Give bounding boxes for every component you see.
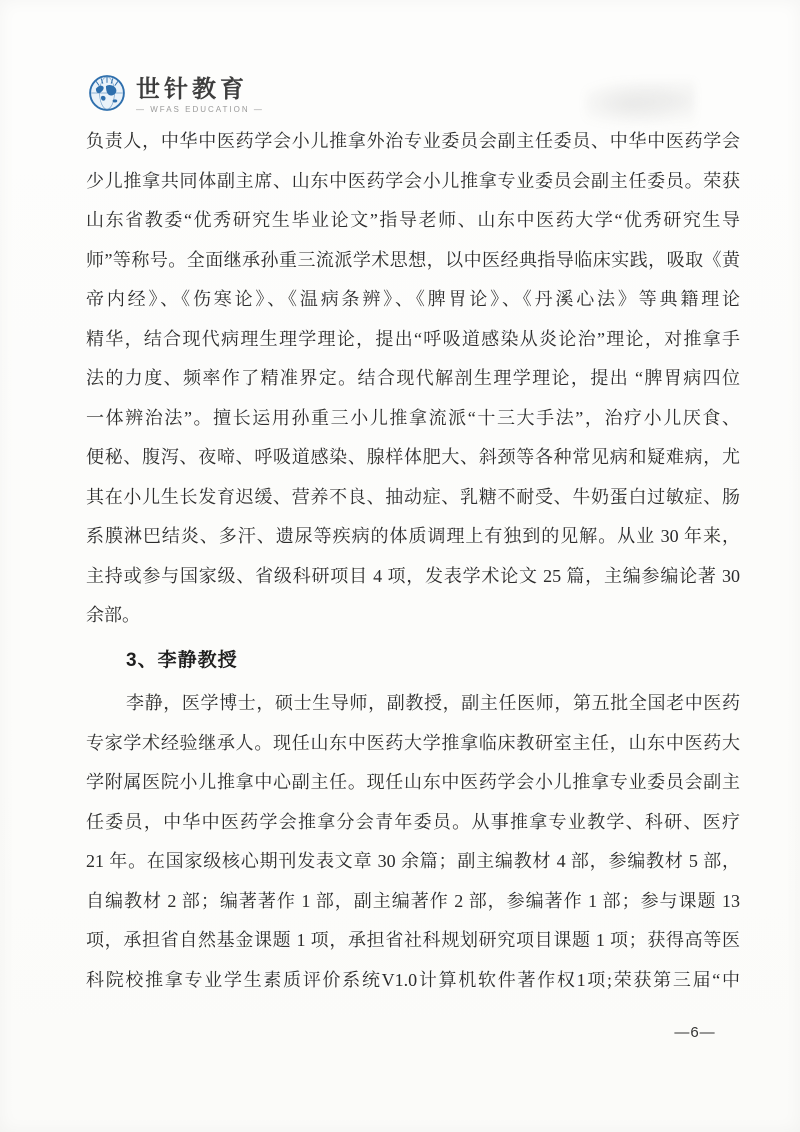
text-line: 便秘、腹泻、夜啼、呼吸道感染、腺样体肥大、斜颈等各种常见病和疑难病，尤 — [86, 438, 740, 478]
text-line: 帝内经》、《伤寒论》、《温病条辨》、《脾胃论》、《丹溪心法》等典籍理论 — [86, 280, 740, 320]
text-line: 任委员，中华中医药学会推拿分会青年委员。从事推拿专业教学、科研、医疗 — [86, 803, 740, 843]
text-line: 主持或参与国家级、省级科研项目 4 项，发表学术论文 25 篇，主编参编论著 3… — [86, 557, 740, 597]
text-line: 一体辨治法”。擅长运用孙重三小儿推拿流派“十三大手法”，治疗小儿厌食、 — [86, 399, 740, 439]
text-line: 山东省教委“优秀研究生毕业论文”指导老师、山东中医药大学“优秀研究生导 — [86, 201, 740, 241]
paragraph-1: 负责人，中华中医药学会小儿推拿外治专业委员会副主任委员、中华中医药学会 少儿推拿… — [86, 122, 740, 636]
globe-icon — [88, 74, 126, 112]
brand-logo: 世针教育 — WFAS EDUCATION — — [88, 74, 264, 115]
text-line: 负责人，中华中医药学会小儿推拿外治专业委员会副主任委员、中华中医药学会 — [86, 122, 740, 162]
text-line: 专家学术经验继承人。现任山东中医药大学推拿临床教研室主任，山东中医药大 — [86, 724, 740, 764]
text-line: 余部。 — [86, 596, 740, 636]
text-line: 李静，医学博士，硕士生导师，副教授，副主任医师，第五批全国老中医药 — [86, 684, 740, 724]
text-line: 系膜淋巴结炎、多汗、遗尿等疾病的体质调理上有独到的见解。从业 30 年来， — [86, 517, 740, 557]
text-line: 其在小儿生长发育迟缓、营养不良、抽动症、乳糖不耐受、牛奶蛋白过敏症、肠 — [86, 478, 740, 518]
text-line: 学附属医院小儿推拿中心副主任。现任山东中医药学会小儿推拿专业委员会副主 — [86, 763, 740, 803]
text-line: 21 年。在国家级核心期刊发表文章 30 余篇；副主编教材 4 部，参编教材 5… — [86, 842, 740, 882]
brand-subtitle: — WFAS EDUCATION — — [136, 105, 264, 115]
paragraph-2: 李静，医学博士，硕士生导师，副教授，副主任医师，第五批全国老中医药 专家学术经验… — [86, 684, 740, 1000]
text-line: 少儿推拿共同体副主席、山东中医药学会小儿推拿专业委员会副主任委员。荣获 — [86, 162, 740, 202]
text-line: 项，承担省自然基金课题 1 项，承担省社科规划研究项目课题 1 项；获得高等医 — [86, 921, 740, 961]
text-line: 精华，结合现代病理生理学理论，提出“呼吸道感染从炎论治”理论，对推拿手 — [86, 320, 740, 360]
scan-bleed-artifact — [585, 80, 695, 128]
section-heading: 3、李静教授 — [86, 641, 780, 681]
text-line: 自编教材 2 部；编著著作 1 部，副主编著作 2 部，参编著作 1 部；参与课… — [86, 882, 740, 922]
text-line: 师”等称号。全面继承孙重三流派学术思想，以中医经典指导临床实践，吸取《黄 — [86, 241, 740, 281]
document-page: 世针教育 — WFAS EDUCATION — 负责人，中华中医药学会小儿推拿外… — [0, 0, 800, 1132]
brand-title: 世针教育 — [136, 78, 264, 102]
page-number: —6— — [645, 1024, 745, 1041]
text-line: 法的力度、频率作了精准界定。结合现代解剖生理学理论，提出 “脾胃病四位 — [86, 359, 740, 399]
brand-text: 世针教育 — WFAS EDUCATION — — [136, 74, 264, 115]
text-line: 科院校推拿专业学生素质评价系统V1.0计算机软件著作权1项;荣获第三届“中 — [86, 961, 740, 1001]
